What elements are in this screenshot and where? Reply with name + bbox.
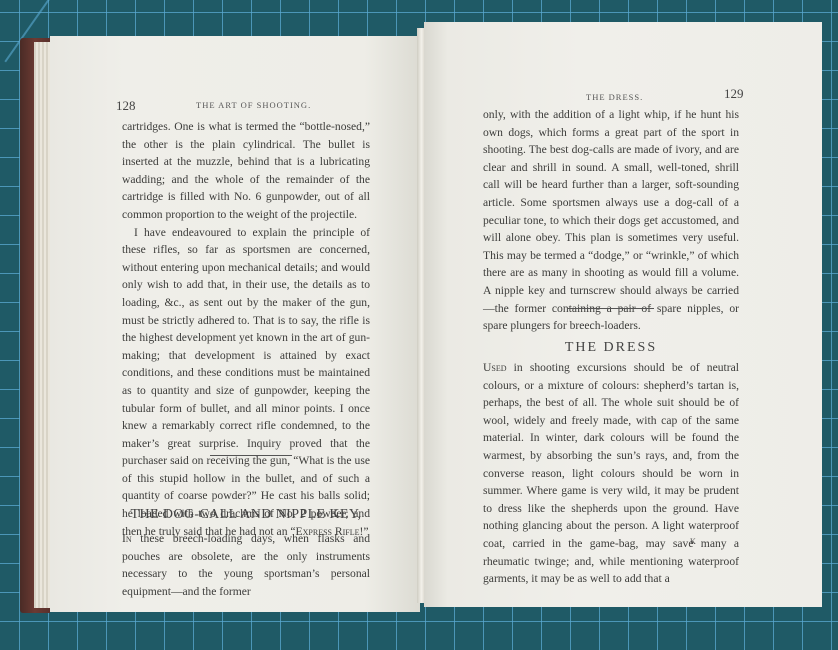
paragraph: I have endeavoured to explain the princi… bbox=[122, 224, 370, 541]
section-divider-rule bbox=[568, 308, 654, 309]
running-head-left: THE ART OF SHOOTING. bbox=[196, 100, 311, 110]
left-page: 128 THE ART OF SHOOTING. cartridges. One… bbox=[50, 36, 420, 612]
section-title-dog-call: THE DOG-CALL AND NIPPLE KEY, bbox=[122, 507, 370, 523]
section-body-text: In these breech-loading days, when flask… bbox=[122, 530, 370, 600]
drop-word: Used bbox=[483, 361, 507, 374]
section-title-dress: THE DRESS bbox=[483, 340, 739, 356]
section-divider-rule bbox=[210, 455, 292, 456]
paragraph: In these breech-loading days, when flask… bbox=[122, 530, 370, 600]
signature-mark: K bbox=[690, 537, 696, 546]
paragraph: cartridges. One is what is termed the “b… bbox=[122, 118, 370, 224]
paragraph: only, with the addition of a light whip,… bbox=[483, 106, 739, 335]
running-head-right: THE DRESS. bbox=[586, 92, 643, 102]
section-body-text: Used in shooting excursions should be of… bbox=[483, 359, 739, 588]
right-page: THE DRESS. 129 only, with the addition o… bbox=[424, 22, 822, 607]
page-number-left: 128 bbox=[116, 98, 136, 114]
drop-word: In bbox=[122, 532, 132, 545]
page-number-right: 129 bbox=[724, 86, 744, 102]
paragraph: Used in shooting excursions should be of… bbox=[483, 359, 739, 588]
left-body-text: cartridges. One is what is termed the “b… bbox=[122, 118, 370, 540]
right-body-text: only, with the addition of a light whip,… bbox=[483, 106, 739, 335]
